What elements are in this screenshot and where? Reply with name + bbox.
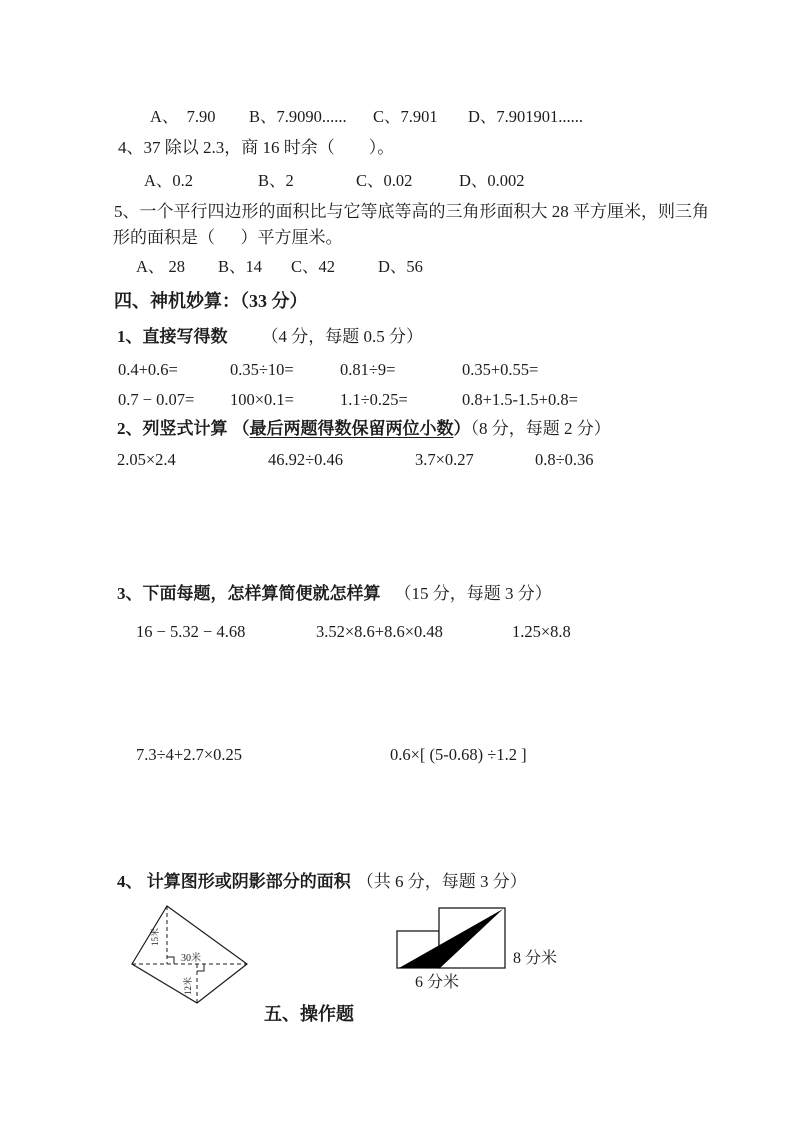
option-a: A、0.2	[144, 167, 193, 191]
calc-item: 0.4+0.6=	[118, 360, 178, 380]
calc-item: 3.52×8.6+8.6×0.48	[316, 622, 443, 642]
calc-item: 0.6×[ (5-0.68) ÷1.2 ]	[390, 745, 527, 765]
option-a: A、 28	[136, 253, 185, 277]
calc-item: 0.35+0.55=	[462, 360, 538, 380]
upper-height-label: 15米	[149, 928, 160, 946]
part-2-underlined-note: 最后两题得数保留两位小数	[250, 419, 454, 438]
part-1-score: （4 分，每题 0.5 分）	[262, 327, 424, 346]
base-label: 6 分米	[415, 973, 459, 991]
option-b: B、14	[218, 253, 262, 277]
part-2-paren-close: ）	[454, 419, 471, 438]
option-c: C、7.901	[373, 103, 438, 127]
calc-item: 0.8÷0.36	[535, 450, 594, 470]
question-4-text: 4、37 除以 2.3，商 16 时余（ ）。	[0, 133, 793, 158]
section-5-heading: 五、操作题	[264, 1000, 354, 1026]
direct-calc-row-2: 0.7 − 0.07= 100×0.1= 1.1÷0.25= 0.8+1.5-1…	[0, 390, 793, 414]
option-d: D、7.901901......	[468, 103, 583, 127]
part-4-heading: 4、 计算图形或阴影部分的面积（共 6 分，每题 3 分）	[0, 867, 793, 892]
part-3-heading: 3、下面每题，怎样算简便就怎样算（15 分，每题 3 分）	[0, 579, 793, 604]
calc-item: 3.7×0.27	[415, 450, 474, 470]
lower-height-label: 12米	[182, 977, 193, 995]
diagonal-label: 30米	[181, 951, 201, 964]
test-paper-page: A、 7.90 B、7.9090...... C、7.901 D、7.90190…	[0, 0, 793, 1122]
right-angle-mark-bottom	[197, 964, 204, 971]
part-3-title: 3、下面每题，怎样算简便就怎样算	[117, 584, 381, 603]
shaded-triangle-figure: 8 分米 6 分米	[393, 903, 573, 998]
option-b: B、7.9090......	[249, 103, 347, 127]
part-1-heading: 1、直接写得数（4 分，每题 0.5 分）	[0, 322, 793, 347]
simplify-row-2: 7.3÷4+2.7×0.25 0.6×[ (5-0.68) ÷1.2 ]	[0, 745, 793, 769]
option-c: C、42	[291, 253, 335, 277]
question-5-options: A、 28 B、14 C、42 D、56	[0, 253, 793, 277]
calc-item: 100×0.1=	[230, 390, 294, 410]
question-5-line1: 5、一个平行四边形的面积比与它等底等高的三角形面积大 28 平方厘米，则三角	[0, 197, 793, 222]
part-3-score: （15 分，每题 3 分）	[395, 584, 552, 603]
calc-item: 46.92÷0.46	[268, 450, 343, 470]
calc-item: 2.05×2.4	[117, 450, 176, 470]
option-d: D、56	[378, 253, 423, 277]
calc-item: 7.3÷4+2.7×0.25	[136, 745, 242, 765]
right-angle-mark-top	[167, 957, 174, 964]
part-4-title: 4、 计算图形或阴影部分的面积	[117, 872, 351, 891]
question-4-options: A、0.2 B、2 C、0.02 D、0.002	[0, 167, 793, 191]
calc-item: 0.7 − 0.07=	[118, 390, 194, 410]
part-2-score: （8 分，每题 2 分）	[471, 419, 611, 438]
part-2-paren-open: （	[233, 419, 250, 438]
part-4-score: （共 6 分，每题 3 分）	[357, 872, 527, 891]
section-4-heading: 四、神机妙算：（33 分）	[0, 287, 793, 313]
calc-item: 16 − 5.32 − 4.68	[136, 622, 245, 642]
part-2-heading: 2、列竖式计算（最后两题得数保留两位小数）（8 分，每题 2 分）	[0, 414, 793, 439]
question-3-options: A、 7.90 B、7.9090...... C、7.901 D、7.90190…	[0, 103, 793, 127]
direct-calc-row-1: 0.4+0.6= 0.35÷10= 0.81÷9= 0.35+0.55=	[0, 360, 793, 384]
calc-item: 0.35÷10=	[230, 360, 294, 380]
calc-item: 0.81÷9=	[340, 360, 396, 380]
question-5-line2: 形的面积是（ ）平方厘米。	[0, 223, 793, 248]
option-d: D、0.002	[459, 167, 525, 191]
calc-item: 0.8+1.5-1.5+0.8=	[462, 390, 578, 410]
part-2-title: 2、列竖式计算	[117, 419, 228, 438]
vertical-calc-row: 2.05×2.4 46.92÷0.46 3.7×0.27 0.8÷0.36	[0, 450, 793, 474]
height-label: 8 分米	[513, 949, 557, 967]
simplify-row-1: 16 − 5.32 − 4.68 3.52×8.6+8.6×0.48 1.25×…	[0, 622, 793, 646]
option-b: B、2	[258, 167, 294, 191]
part-1-title: 1、直接写得数	[117, 327, 228, 346]
quadrilateral-figure: 15米 30米 12米	[125, 898, 260, 1013]
calc-item: 1.25×8.8	[512, 622, 571, 642]
option-c: C、0.02	[356, 167, 412, 191]
calc-item: 1.1÷0.25=	[340, 390, 408, 410]
option-a: A、 7.90	[150, 103, 216, 127]
